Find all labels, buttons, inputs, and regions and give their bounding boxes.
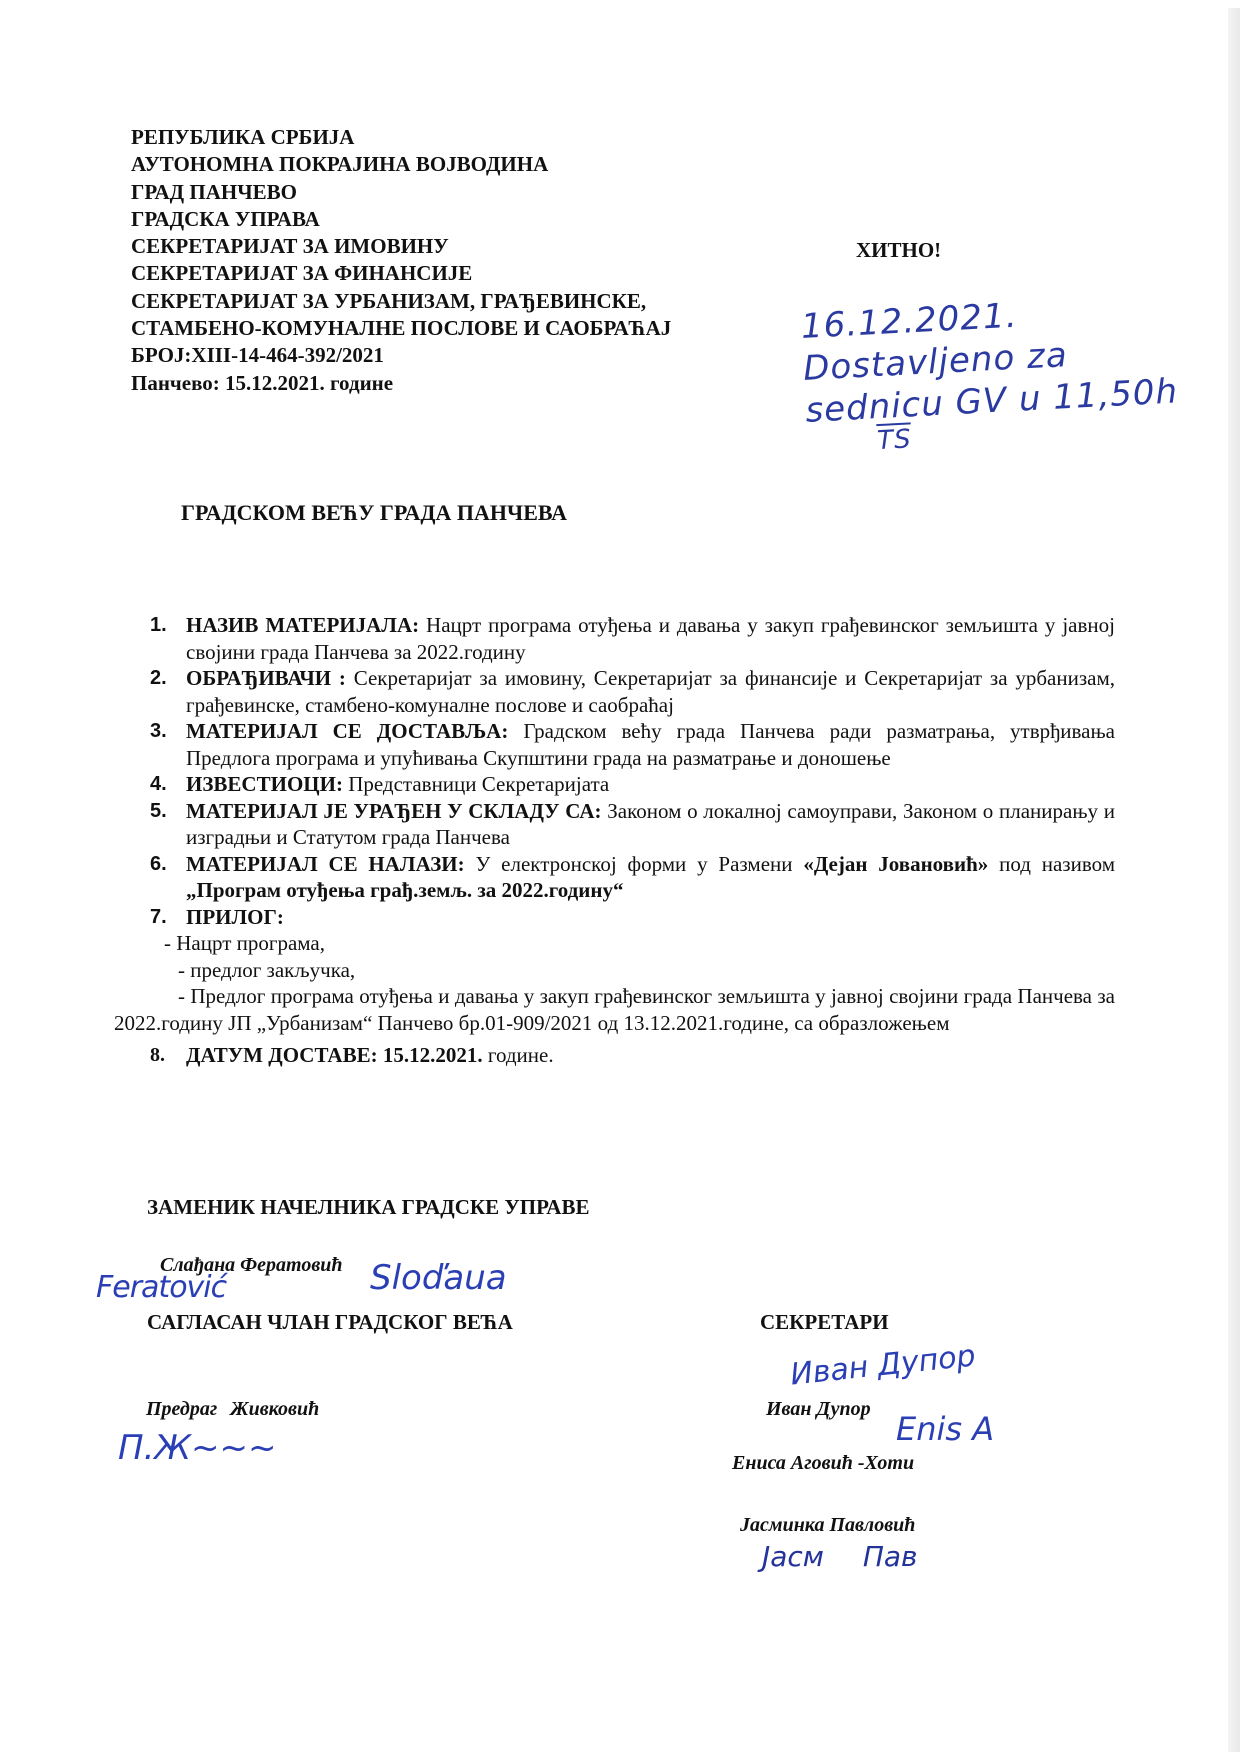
exchange-user: «Дејан Јовановић»	[803, 852, 988, 876]
header-line: СЕКРЕТАРИЈАТ ЗА ФИНАНСИЈЕ	[131, 260, 671, 287]
list-item: 4.ИЗВЕСТИОЦИ: Представници Секретаријата	[150, 771, 1115, 798]
signature-feratovic: Feratović	[96, 1270, 226, 1305]
list-item: 1.НАЗИВ МАТЕРИЈАЛА: Нацрт програма отуђе…	[150, 612, 1115, 665]
addressee: ГРАДСКОМ ВЕЋУ ГРАДА ПАНЧЕВА	[181, 500, 567, 526]
deputy-title: ЗАМЕНИК НАЧЕЛНИКА ГРАДСКЕ УПРАВЕ	[147, 1195, 589, 1220]
list-item: 6.МАТЕРИЈАЛ СЕ НАЛАЗИ: У електронској фо…	[150, 851, 1115, 904]
signature-feratovic-2: Sloďaua	[370, 1258, 507, 1298]
header-line: РЕПУБЛИКА СРБИЈА	[131, 124, 671, 151]
item-label: МАТЕРИЈАЛ ЈЕ УРАЂЕН У СКЛАДУ СА:	[186, 799, 602, 823]
attachment-list: - Нацрт програма, - предлог закључка, - …	[150, 930, 1115, 1036]
document-header: РЕПУБЛИКА СРБИЈА АУТОНОМНА ПОКРАЈИНА ВОЈ…	[131, 124, 671, 397]
signature-zivkovic: П.Ж~~~	[118, 1428, 276, 1468]
item-text: У електронској форми у Размени	[465, 852, 804, 876]
item-text: Представници Секретаријата	[343, 772, 609, 796]
attachment-item: - предлог закључка,	[164, 957, 1115, 984]
item-label: ИЗВЕСТИОЦИ:	[186, 772, 343, 796]
item-number: 8.	[150, 1042, 165, 1069]
item-text: године.	[483, 1043, 554, 1067]
council-member-title: САГЛАСАН ЧЛАН ГРАДСКОГ ВЕЋА	[147, 1310, 513, 1335]
secretaries-title: СЕКРЕТАРИ	[760, 1310, 889, 1335]
list-item: 8.ДАТУМ ДОСТАВЕ: 15.12.2021. године.	[150, 1042, 1115, 1069]
item-number: 4.	[150, 771, 167, 798]
item-number: 6.	[150, 851, 167, 878]
list-item: 3.МАТЕРИЈАЛ СЕ ДОСТАВЉА: Градском већу г…	[150, 718, 1115, 771]
list-item: 2.ОБРАЂИВАЧИ : Секретаријат за имовину, …	[150, 665, 1115, 718]
handwritten-note: 16.12.2021. Dostavljeno za sednicu GV u …	[800, 286, 1180, 457]
item-number: 7.	[150, 904, 167, 931]
attachment-item: - Нацрт програма,	[164, 930, 1115, 957]
document-number: БРОЈ:XIII-14-464-392/2021	[131, 342, 671, 369]
item-label: НАЗИВ МАТЕРИЈАЛА:	[186, 613, 419, 637]
council-member-name: Предраг Живковић	[146, 1398, 319, 1421]
item-label: ПРИЛОГ:	[186, 905, 284, 929]
material-list: 1.НАЗИВ МАТЕРИЈАЛА: Нацрт програма отуђе…	[150, 612, 1115, 1069]
item-label: МАТЕРИЈАЛ СЕ НАЛАЗИ:	[186, 852, 465, 876]
item-label: ОБРАЂИВАЧИ :	[186, 666, 346, 690]
document-date: Панчево: 15.12.2021. године	[131, 370, 671, 397]
attachment-item: - Предлог програма отуђења и давања у за…	[114, 983, 1115, 1036]
item-number: 5.	[150, 798, 167, 825]
header-line: СТАМБЕНО-КОМУНАЛНЕ ПОСЛОВЕ И САОБРАЋАЈ	[131, 315, 671, 342]
scan-edge-shadow	[1228, 8, 1240, 1752]
item-number: 1.	[150, 612, 167, 639]
signature-agovic: Enis A	[896, 1410, 994, 1448]
item-label: ДАТУМ ДОСТАВЕ: 15.12.2021.	[186, 1043, 483, 1067]
signature-dupor: Иван Дупор	[789, 1338, 977, 1392]
header-line: СЕКРЕТАРИЈАТ ЗА ИМОВИНУ	[131, 233, 671, 260]
list-item: 5.МАТЕРИЈАЛ ЈЕ УРАЂЕН У СКЛАДУ СА: Закон…	[150, 798, 1115, 851]
item-text: под називом	[988, 852, 1115, 876]
item-number: 2.	[150, 665, 167, 692]
item-label: МАТЕРИЈАЛ СЕ ДОСТАВЉА:	[186, 719, 508, 743]
signature-pavlovic: Јасм Пав	[762, 1540, 918, 1573]
file-name: „Програм отуђења грађ.земљ. за 2022.годи…	[186, 878, 623, 902]
header-line: ГРАДСКА УПРАВА	[131, 206, 671, 233]
header-line: АУТОНОМНА ПОКРАЈИНА ВОЈВОДИНА	[131, 151, 671, 178]
header-line: СЕКРЕТАРИЈАТ ЗА УРБАНИЗАМ, ГРАЂЕВИНСКЕ,	[131, 288, 671, 315]
item-number: 3.	[150, 718, 167, 745]
secretary-name: Ениса Аговић -Хоти	[732, 1452, 914, 1475]
secretary-name: Јасминка Павловић	[740, 1514, 915, 1537]
list-item: 7.ПРИЛОГ:	[150, 904, 1115, 931]
secretary-name: Иван Дупор	[766, 1398, 871, 1421]
header-line: ГРАД ПАНЧЕВО	[131, 179, 671, 206]
urgent-label: ХИТНО!	[856, 238, 941, 263]
